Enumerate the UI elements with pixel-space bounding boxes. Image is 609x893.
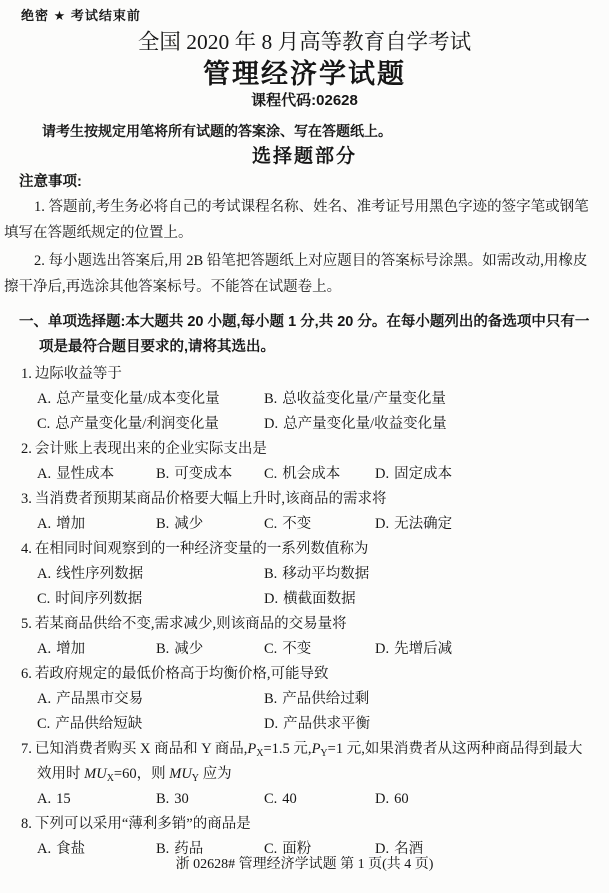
option-label: A. xyxy=(37,691,51,707)
option-text: 先增后减 xyxy=(394,641,452,657)
option-label: C. xyxy=(37,716,50,732)
paper-title: 管理经济学试题 xyxy=(0,58,609,91)
option-d: D.固定成本 xyxy=(375,462,595,487)
option-label: A. xyxy=(37,516,51,532)
option-label: A. xyxy=(37,641,51,657)
option-label: D. xyxy=(264,416,278,432)
question-stem-row: 3.当消费者预期某商品价格要大幅上升时,该商品的需求将 xyxy=(21,487,595,512)
option-d: D.先增后减 xyxy=(375,637,595,662)
option-text: 线性序列数据 xyxy=(56,566,143,582)
option-a: A.总产量变化量/成本变化量 xyxy=(37,387,264,412)
option-text: 增加 xyxy=(56,641,85,657)
page-footer: 浙 02628# 管理经济学试题 第 1 页(共 4 页) xyxy=(0,855,609,874)
answer-sheet-instruction: 请考生按规定用笔将所有试题的答案涂、写在答题纸上。 xyxy=(42,122,609,140)
option-d: D.总产量变化量/收益变化量 xyxy=(264,412,595,437)
option-grid: A.增加B.减少C.不变D.先增后减 xyxy=(21,637,595,662)
question-text: 下列可以采用“薄利多销”的商品是 xyxy=(35,816,251,832)
option-a: A.线性序列数据 xyxy=(37,562,264,587)
question-number: 6. xyxy=(21,666,32,682)
option-b: B.移动平均数据 xyxy=(264,562,595,587)
option-text: 不变 xyxy=(282,641,311,657)
option-grid: A.线性序列数据B.移动平均数据C.时间序列数据D.横截面数据 xyxy=(21,562,595,612)
option-label: C. xyxy=(264,641,277,657)
option-c: C.总产量变化量/利润变化量 xyxy=(37,412,264,437)
question-6: 6.若政府规定的最低价格高于均衡价格,可能导致A.产品黑市交易B.产品供给过剩C… xyxy=(21,662,595,737)
option-b: B.可变成本 xyxy=(156,462,264,487)
option-b: B.总收益变化量/产量变化量 xyxy=(264,387,595,412)
option-a: A.显性成本 xyxy=(37,462,156,487)
option-grid: A.增加B.减少C.不变D.无法确定 xyxy=(21,512,595,537)
question-7: 7.已知消费者购买 X 商品和 Y 商品,PX=1.5 元,PY=1 元,如果消… xyxy=(21,737,595,812)
option-d: D.产品供求平衡 xyxy=(264,712,595,737)
question-text: 若政府规定的最低价格高于均衡价格,可能导致 xyxy=(35,666,329,682)
option-text: 产品供给过剩 xyxy=(282,691,369,707)
question-number: 7. xyxy=(21,741,32,757)
option-a: A.产品黑市交易 xyxy=(37,687,264,712)
option-text: 60 xyxy=(394,791,409,807)
question-text: 已知消费者购买 X 商品和 Y 商品,PX=1.5 元,PY=1 元,如果消费者… xyxy=(35,741,582,782)
option-label: C. xyxy=(264,516,277,532)
option-text: 增加 xyxy=(56,516,85,532)
option-label: C. xyxy=(264,791,277,807)
option-label: D. xyxy=(375,466,389,482)
question-5: 5.若某商品供给不变,需求减少,则该商品的交易量将A.增加B.减少C.不变D.先… xyxy=(21,612,595,662)
note-paragraph-1: 1. 答题前,考生务必将自己的考试课程名称、姓名、准考证号用黑色字迹的签字笔或钢… xyxy=(4,194,594,246)
option-text: 可变成本 xyxy=(174,466,232,482)
option-text: 横截面数据 xyxy=(283,591,356,607)
question-2: 2.会计账上表现出来的企业实际支出是A.显性成本B.可变成本C.机会成本D.固定… xyxy=(21,437,595,487)
question-stem-row: 2.会计账上表现出来的企业实际支出是 xyxy=(21,437,595,462)
option-c: C.不变 xyxy=(264,512,375,537)
option-grid: A.15B.30C.40D.60 xyxy=(21,787,595,812)
option-text: 减少 xyxy=(174,641,203,657)
option-c: C.时间序列数据 xyxy=(37,587,264,612)
option-label: B. xyxy=(264,566,277,582)
option-c: C.机会成本 xyxy=(264,462,375,487)
option-label: B. xyxy=(264,691,277,707)
option-text: 总产量变化量/收益变化量 xyxy=(283,416,447,432)
option-text: 总产量变化量/成本变化量 xyxy=(56,391,220,407)
option-text: 固定成本 xyxy=(394,466,452,482)
note-paragraph-2: 2. 每小题选出答案后,用 2B 铅笔把答题纸上对应题目的答案标号涂黑。如需改动… xyxy=(4,248,594,300)
question-number: 1. xyxy=(21,366,32,382)
question-stem-row: 8.下列可以采用“薄利多销”的商品是 xyxy=(21,812,595,837)
section-title: 选择题部分 xyxy=(0,144,609,169)
option-c: C.40 xyxy=(264,787,375,812)
option-label: B. xyxy=(156,791,169,807)
option-text: 总产量变化量/利润变化量 xyxy=(55,416,219,432)
question-1: 1.边际收益等于A.总产量变化量/成本变化量B.总收益变化量/产量变化量C.总产… xyxy=(21,362,595,437)
option-text: 移动平均数据 xyxy=(282,566,369,582)
question-3: 3.当消费者预期某商品价格要大幅上升时,该商品的需求将A.增加B.减少C.不变D… xyxy=(21,487,595,537)
option-grid: A.总产量变化量/成本变化量B.总收益变化量/产量变化量C.总产量变化量/利润变… xyxy=(21,387,595,437)
option-c: C.不变 xyxy=(264,637,375,662)
part-one-heading: 一、单项选择题:本大题共 20 小题,每小题 1 分,共 20 分。在每小题列出… xyxy=(19,310,595,360)
option-b: B.减少 xyxy=(156,637,264,662)
option-label: D. xyxy=(264,716,278,732)
option-c: C.产品供给短缺 xyxy=(37,712,264,737)
option-label: B. xyxy=(156,641,169,657)
option-label: C. xyxy=(37,591,50,607)
option-b: B.减少 xyxy=(156,512,264,537)
notes-heading: 注意事项: xyxy=(19,173,609,192)
option-text: 总收益变化量/产量变化量 xyxy=(282,391,446,407)
option-a: A.增加 xyxy=(37,637,156,662)
option-label: B. xyxy=(264,391,277,407)
option-b: B.30 xyxy=(156,787,264,812)
option-grid: A.产品黑市交易B.产品供给过剩C.产品供给短缺D.产品供求平衡 xyxy=(21,687,595,737)
option-label: B. xyxy=(156,466,169,482)
question-number: 3. xyxy=(21,491,32,507)
option-a: A.增加 xyxy=(37,512,156,537)
option-text: 40 xyxy=(282,791,297,807)
question-number: 2. xyxy=(21,441,32,457)
option-grid: A.显性成本B.可变成本C.机会成本D.固定成本 xyxy=(21,462,595,487)
option-d: D.无法确定 xyxy=(375,512,595,537)
classification-banner: 绝密 ★ 考试结束前 xyxy=(21,7,609,24)
question-number: 5. xyxy=(21,616,32,632)
question-text: 在相同时间观察到的一种经济变量的一系列数值称为 xyxy=(35,541,369,557)
option-label: C. xyxy=(37,416,50,432)
option-a: A.15 xyxy=(37,787,156,812)
option-label: D. xyxy=(375,641,389,657)
question-4: 4.在相同时间观察到的一种经济变量的一系列数值称为A.线性序列数据B.移动平均数… xyxy=(21,537,595,612)
exam-session-title: 全国 2020 年 8 月高等教育自学考试 xyxy=(0,29,609,56)
option-text: 显性成本 xyxy=(56,466,114,482)
option-label: D. xyxy=(264,591,278,607)
question-text: 边际收益等于 xyxy=(35,366,122,382)
option-label: D. xyxy=(375,516,389,532)
option-label: A. xyxy=(37,391,51,407)
option-label: A. xyxy=(37,791,51,807)
question-text: 会计账上表现出来的企业实际支出是 xyxy=(35,441,267,457)
option-text: 15 xyxy=(56,791,71,807)
question-text: 若某商品供给不变,需求减少,则该商品的交易量将 xyxy=(35,616,347,632)
question-list: 1.边际收益等于A.总产量变化量/成本变化量B.总收益变化量/产量变化量C.总产… xyxy=(21,362,595,862)
option-text: 无法确定 xyxy=(394,516,452,532)
option-text: 产品供求平衡 xyxy=(283,716,370,732)
option-label: A. xyxy=(37,566,51,582)
question-stem-row: 1.边际收益等于 xyxy=(21,362,595,387)
question-text: 当消费者预期某商品价格要大幅上升时,该商品的需求将 xyxy=(35,491,387,507)
question-number: 8. xyxy=(21,816,32,832)
question-stem-row: 7.已知消费者购买 X 商品和 Y 商品,PX=1.5 元,PY=1 元,如果消… xyxy=(21,737,595,787)
option-text: 减少 xyxy=(174,516,203,532)
option-text: 产品供给短缺 xyxy=(55,716,142,732)
option-label: B. xyxy=(156,516,169,532)
course-code: 课程代码:02628 xyxy=(0,91,609,111)
question-stem-row: 6.若政府规定的最低价格高于均衡价格,可能导致 xyxy=(21,662,595,687)
option-text: 时间序列数据 xyxy=(55,591,142,607)
option-text: 机会成本 xyxy=(282,466,340,482)
option-label: A. xyxy=(37,466,51,482)
option-text: 30 xyxy=(174,791,189,807)
option-b: B.产品供给过剩 xyxy=(264,687,595,712)
option-d: D.横截面数据 xyxy=(264,587,595,612)
option-label: D. xyxy=(375,791,389,807)
question-stem-row: 4.在相同时间观察到的一种经济变量的一系列数值称为 xyxy=(21,537,595,562)
option-text: 不变 xyxy=(282,516,311,532)
question-number: 4. xyxy=(21,541,32,557)
question-stem-row: 5.若某商品供给不变,需求减少,则该商品的交易量将 xyxy=(21,612,595,637)
option-d: D.60 xyxy=(375,787,595,812)
option-label: C. xyxy=(264,466,277,482)
exam-paper-page: 绝密 ★ 考试结束前 全国 2020 年 8 月高等教育自学考试 管理经济学试题… xyxy=(0,0,609,893)
option-text: 产品黑市交易 xyxy=(56,691,143,707)
